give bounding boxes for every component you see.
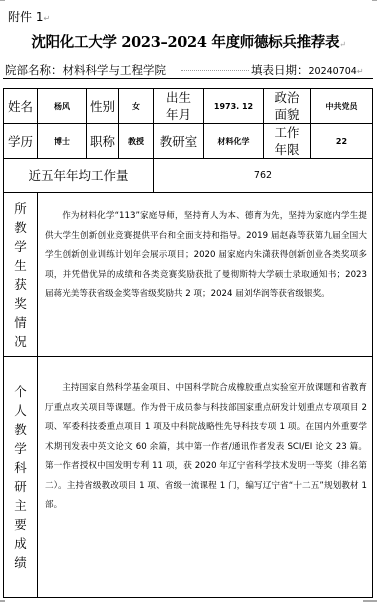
department-label: 院部名称：: [5, 63, 63, 77]
gender-label: 性别: [87, 89, 119, 124]
work-years-label: 工作年限: [264, 124, 311, 159]
research-achievements-text[interactable]: 主持国家自然科学基金项目、中国科学院合成橡胶重点实验室开放课题和省教育厅重点攻关…: [38, 357, 373, 598]
birth-label: 出生年月: [154, 89, 204, 124]
political-value[interactable]: 中共党员: [311, 89, 373, 124]
name-value[interactable]: 杨风: [38, 89, 87, 124]
table-row-workload: 近五年年均工作量 762: [4, 159, 373, 193]
form-meta-line: 院部名称：材料科学与工程学院 填表日期：20240704↵: [3, 60, 373, 79]
political-label: 政治面貌: [264, 89, 311, 124]
page-corner-mark: [372, 0, 377, 1]
office-label: 教研室: [154, 124, 204, 159]
department-value[interactable]: 材料科学与工程学院: [63, 63, 167, 77]
table-row-research-achievements: 个 人 教 学 科 研 主 要 成 绩 主持国家自然科学基金项目、中国科学院合成…: [4, 357, 373, 598]
degree-label: 学历: [4, 124, 38, 159]
date-value[interactable]: 20240704: [309, 66, 357, 77]
research-achievements-label: 个 人 教 学 科 研 主 要 成 绩: [4, 357, 38, 598]
form-title: 沈阳化工大学 2023–2024 年度师德标兵推荐表↵: [0, 31, 377, 52]
date-label: 填表日期：: [251, 63, 309, 77]
gender-value[interactable]: 女: [119, 89, 154, 124]
page-corner-mark: [0, 0, 5, 1]
title-label: 职称: [87, 124, 119, 159]
recommendation-form-table: 姓名 杨风 性别 女 出生年月 1973. 12 政治面貌 中共党员 学历 博士…: [3, 88, 373, 598]
birth-value[interactable]: 1973. 12: [204, 89, 264, 124]
degree-value[interactable]: 博士: [38, 124, 87, 159]
table-row-student-awards: 所 教 学 生 获 奖 情 况 作为材料化学“113”家庭导师，坚持育人为本、德…: [4, 193, 373, 357]
student-awards-label: 所 教 学 生 获 奖 情 况: [4, 193, 38, 357]
name-label: 姓名: [4, 89, 38, 124]
work-years-value[interactable]: 22: [311, 124, 373, 159]
workload-value[interactable]: 762: [154, 159, 373, 193]
table-row-education-info: 学历 博士 职称 教授 教研室 材料化学 工作年限 22: [4, 124, 373, 159]
dotted-leader: [181, 70, 249, 71]
student-awards-text[interactable]: 作为材料化学“113”家庭导师，坚持育人为本、德育为先，坚持为家庭内学生提供大学…: [38, 193, 373, 357]
office-value[interactable]: 材料化学: [204, 124, 264, 159]
attachment-label: 附件 1↵: [8, 8, 50, 25]
title-value[interactable]: 教授: [119, 124, 154, 159]
table-row-basic-info: 姓名 杨风 性别 女 出生年月 1973. 12 政治面貌 中共党员: [4, 89, 373, 124]
workload-label: 近五年年均工作量: [4, 159, 154, 193]
